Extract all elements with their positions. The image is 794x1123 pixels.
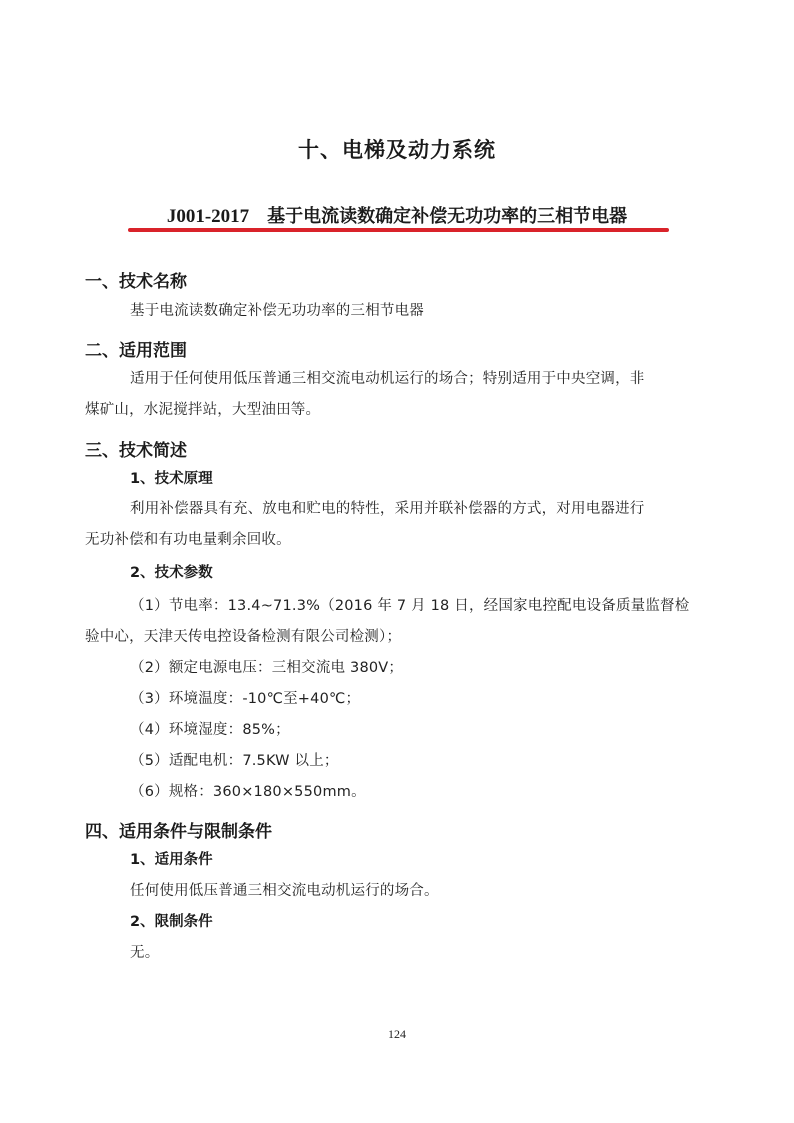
parameter-item: （4）环境湿度：85%； (130, 718, 290, 739)
paragraph-line: 基于电流读数确定补偿无功功率的三相节电器 (130, 299, 424, 320)
subsection-heading-principle: 1、技术原理 (130, 467, 213, 488)
chapter-title: 十、电梯及动力系统 (0, 134, 794, 164)
parameter-item: （1）节电率：13.4~71.3%（2016 年 7 月 18 日，经国家电控配… (130, 594, 689, 615)
paragraph-line: 煤矿山，水泥搅拌站，大型油田等。 (85, 398, 320, 419)
paragraph-line: 无。 (130, 941, 159, 962)
document-code: J001-2017 (167, 206, 249, 227)
parameter-item: （3）环境温度：-10℃至+40℃； (130, 687, 360, 708)
subsection-heading-restrictions: 2、限制条件 (130, 910, 213, 931)
paragraph-line: 利用补偿器具有充、放电和贮电的特性，采用并联补偿器的方式，对用电器进行 (130, 497, 645, 518)
paragraph-line: 适用于任何使用低压普通三相交流电动机运行的场合；特别适用于中央空调，非 (130, 367, 645, 388)
document-title-text: 基于电流读数确定补偿无功功率的三相节电器 (267, 206, 627, 227)
section-heading-conditions: 四、适用条件与限制条件 (85, 817, 272, 842)
subsection-heading-parameters: 2、技术参数 (130, 561, 213, 582)
section-heading-technology-name: 一、技术名称 (85, 267, 187, 292)
section-heading-technical-overview: 三、技术简述 (85, 436, 187, 461)
paragraph-line: 无功补偿和有功电量剩余回收。 (85, 528, 291, 549)
parameter-item: （6）规格：360×180×550mm。 (130, 780, 366, 801)
document-title: J001-2017基于电流读数确定补偿无功功率的三相节电器 (0, 202, 794, 228)
page-number: 124 (0, 1027, 794, 1042)
subsection-heading-applicable-conditions: 1、适用条件 (130, 848, 213, 869)
section-heading-scope: 二、适用范围 (85, 336, 187, 361)
paragraph-line: 任何使用低压普通三相交流电动机运行的场合。 (130, 879, 439, 900)
parameter-item: （5）适配电机：7.5KW 以上； (130, 749, 339, 770)
parameter-item: 验中心，天津天传电控设备检测有限公司检测）； (85, 625, 401, 646)
parameter-item: （2）额定电源电压：三相交流电 380V； (130, 656, 403, 677)
title-underline (128, 228, 669, 232)
